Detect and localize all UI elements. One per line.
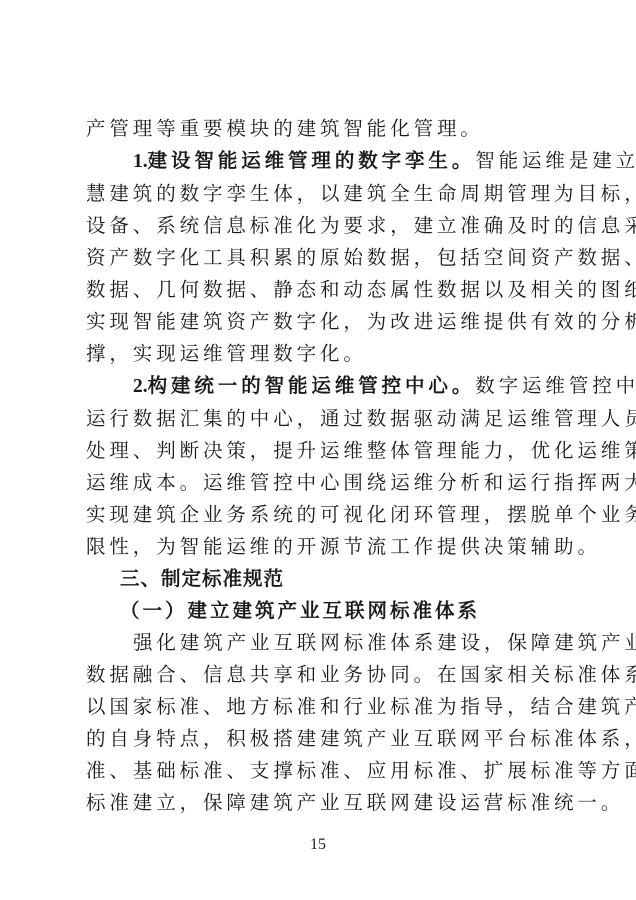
body-line: 强化建筑产业互联网标准体系建设，保障建筑产业互联网的	[86, 627, 558, 659]
item-heading: 构建统一的智能运维管控中心。	[148, 374, 476, 397]
body-line: 数据融合、信息共享和业务协同。在国家相关标准体系框架下，	[86, 659, 558, 691]
document-page: 产管理等重要模块的建筑智能化管理。 1.建设智能运维管理的数字孪生。智能运维是建…	[0, 0, 636, 900]
item-text: 数字运维管控中心是建筑	[475, 374, 636, 397]
body-line: 实现建筑企业务系统的可视化闭环管理，摆脱单个业务系统的局	[86, 499, 558, 531]
body-line: 准、基础标准、支撑标准、应用标准、扩展标准等方面加强技术	[86, 755, 558, 787]
page-number: 15	[0, 836, 636, 854]
body-line: 限性，为智能运维的开源节流工作提供决策辅助。	[86, 531, 558, 563]
paragraph-continuation-line: 产管理等重要模块的建筑智能化管理。	[86, 113, 558, 145]
body-line: 撑，实现运维管理数字化。	[86, 338, 558, 370]
body-line: 运维成本。运维管控中心围绕运维分析和运行指挥两大核心主题	[86, 467, 558, 499]
item-heading: 建设智能运维管理的数字孪生。	[148, 149, 476, 172]
body-line: 数据、几何数据、静态和动态属性数据以及相关的图纸文档资料，	[86, 274, 558, 306]
section-heading: 三、制定标准规范	[86, 563, 558, 595]
body-line: 慧建筑的数字孪生体，以建筑全生命周期管理为目标，以建筑、	[86, 178, 558, 210]
body-text: 产管理等重要模块的建筑智能化管理。 1.建设智能运维管理的数字孪生。智能运维是建…	[86, 113, 558, 819]
body-line: 的自身特点，积极搭建建筑产业互联网平台标准体系，在总体标	[86, 723, 558, 755]
body-line: 资产数字化工具积累的原始数据，包括空间资产数据、设备设施	[86, 242, 558, 274]
item-2-first-line: 2.构建统一的智能运维管控中心。数字运维管控中心是建筑	[86, 370, 558, 403]
subsection-heading: （一）建立建筑产业互联网标准体系	[86, 595, 558, 627]
body-line: 设备、系统信息标准化为要求，建立准确及时的信息采集机制和	[86, 210, 558, 242]
item-1-first-line: 1.建设智能运维管理的数字孪生。智能运维是建立并管理智	[86, 145, 558, 178]
body-line: 处理、判断决策，提升运维整体管理能力，优化运维策略，降低	[86, 435, 558, 467]
body-line: 标准建立，保障建筑产业互联网建设运营标准统一。	[86, 787, 558, 819]
body-line: 实现智能建筑资产数字化，为改进运维提供有效的分析和数据支	[86, 306, 558, 338]
item-text: 智能运维是建立并管理智	[475, 149, 636, 172]
body-line: 以国家标准、地方标准和行业标准为指导，结合建筑产业互联网	[86, 691, 558, 723]
item-number: 1.	[133, 151, 148, 172]
body-line: 运行数据汇集的中心，通过数据驱动满足运维管理人员进行分析	[86, 403, 558, 435]
item-number: 2.	[133, 376, 148, 397]
